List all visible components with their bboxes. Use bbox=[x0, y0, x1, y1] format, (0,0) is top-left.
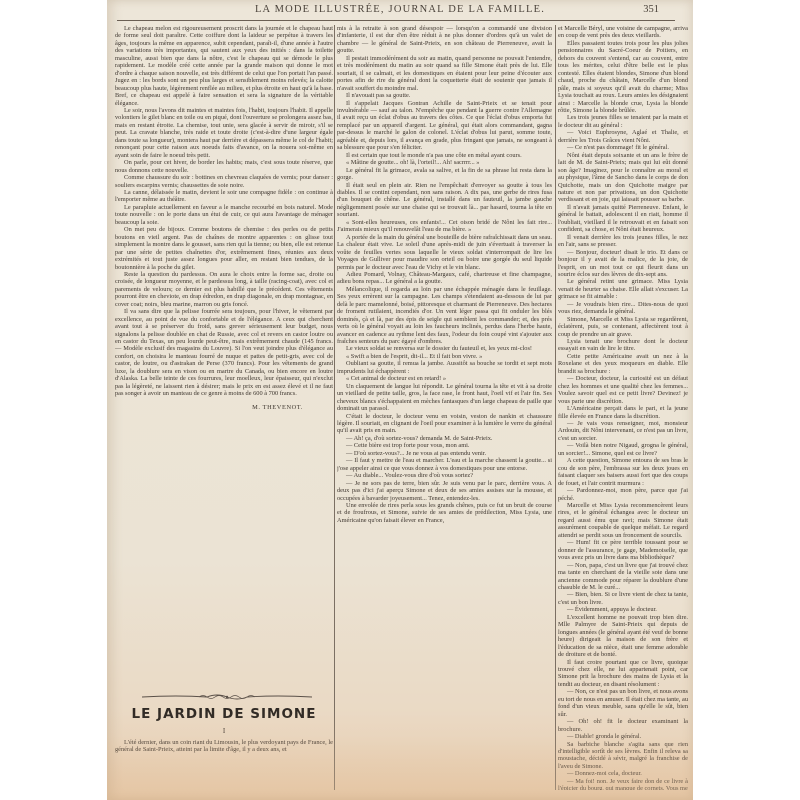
paragraph: — Diable! gronda le général. bbox=[558, 733, 688, 740]
paragraph: — Bonjour, docteur! disait le trio. Et d… bbox=[558, 249, 688, 279]
running-title: LA MODE ILLUSTRÉE, JOURNAL DE LA FAMILLE… bbox=[107, 4, 693, 15]
paragraph: A cette question, Simone entoura de ses … bbox=[558, 457, 688, 487]
paragraph: Il n'avouait pas sa goutte. bbox=[337, 92, 552, 99]
paragraph: — Bien, bien. Si ce livre vient de chez … bbox=[558, 591, 688, 606]
paragraph: mis à la retraite à son grand désespoir … bbox=[337, 25, 552, 55]
paragraph: Le chapeau melon est rigoureusement pros… bbox=[115, 25, 333, 107]
column-fashion-article: Le chapeau melon est rigoureusement pros… bbox=[115, 25, 333, 705]
paragraph: Sa barbiche blanche s'agita sans que rie… bbox=[558, 741, 688, 771]
paragraph: C'était le docteur, le docteur venu en v… bbox=[337, 413, 552, 435]
paragraph: Il faut croire pourtant que ce livre, qu… bbox=[558, 659, 688, 689]
paragraph: — Ma foi! non. Je veux faire don de ce l… bbox=[558, 778, 688, 790]
paragraph: — Docteur, docteur, la curiosité est un … bbox=[558, 375, 688, 405]
paragraph: Nôni était depuis soixante et un ans le … bbox=[558, 152, 688, 204]
paragraph: « Mâtine de goutte... oh! là, l'orteil!.… bbox=[337, 159, 552, 166]
paragraph: Adieu Pomard, Volnay, Château-Margaux, c… bbox=[337, 271, 552, 286]
paragraph: — Non, papa, c'est un livre que j'ai tro… bbox=[558, 562, 688, 592]
paragraph: « Sont-elles heureuses, ces enfants!... … bbox=[337, 219, 552, 234]
paragraph: — Évidemment, appuya le docteur. bbox=[558, 606, 688, 613]
story-opening: L'été dernier, dans un coin riant du Lim… bbox=[115, 739, 333, 769]
paragraph: — Non, ce n'est pas un bon livre, et nou… bbox=[558, 688, 688, 718]
page-number: 351 bbox=[643, 4, 659, 15]
paragraph: — Il faut y mettre de l'eau et marcher. … bbox=[337, 457, 552, 472]
paragraph: Simone, Marcelle et Miss Lysia se regard… bbox=[558, 316, 688, 338]
paragraph: — Hum! fit ce père terrible toussant pou… bbox=[558, 539, 688, 561]
paragraph: Le général fit la grimace, avala sa sali… bbox=[337, 167, 552, 182]
paragraph: Un claquement de langue lui répondit. Le… bbox=[337, 383, 552, 413]
paragraph: Il pestait immodérément du soir au matin… bbox=[337, 55, 552, 92]
paragraph: L'Américaine perçait dans le pari, et la… bbox=[558, 405, 688, 420]
paragraph: — Je ne sors pas de terre, bien sûr. Je … bbox=[337, 480, 552, 502]
paragraph: Le vieux soldat se renversa sur le dossi… bbox=[337, 345, 552, 352]
chapter-number: I bbox=[115, 727, 333, 735]
paragraph: Le parapluie actuellement en faveur a le… bbox=[115, 204, 333, 226]
paragraph: — Voilà bien notre Nigaud, grogna le gén… bbox=[558, 442, 688, 457]
paragraph: Il venait derrière les trois jeunes fill… bbox=[558, 234, 688, 249]
column-divider bbox=[555, 25, 556, 790]
header-rule bbox=[117, 20, 675, 21]
paragraph: Marcelle et Miss Lysia recommencèrent le… bbox=[558, 502, 688, 539]
paragraph: Il s'appelait Jacques Gontran Achille de… bbox=[337, 100, 552, 152]
paragraph: — Ce n'est pas dommage! fit le général. bbox=[558, 144, 688, 151]
decorative-ornament-icon bbox=[137, 692, 317, 702]
paragraph: — D'où sortez-vous?... Je ne vous ai pas… bbox=[337, 450, 552, 457]
paragraph: Le général retint une grimace. Miss Lysi… bbox=[558, 278, 688, 300]
paragraph: « Swift a bien de l'esprit, dit-il... Et… bbox=[337, 353, 552, 360]
paragraph: Les trois jeunes filles se tenaient par … bbox=[558, 114, 688, 129]
paragraph: — Au diable... Voulez-vous dire d'où vou… bbox=[337, 472, 552, 479]
paragraph: et Marcelle Béryl, une voisine de campag… bbox=[558, 25, 688, 40]
paragraph: L'été dernier, dans un coin riant du Lim… bbox=[115, 739, 333, 754]
paragraph: — Voici Euphrosyne, Aglaé et Thalie, et … bbox=[558, 129, 688, 144]
paragraph: Il était seul en plein air. Rien ne l'em… bbox=[337, 182, 552, 219]
paragraph: On parle, pour cet hiver, de border les … bbox=[115, 159, 333, 174]
paragraph: Cette petite Américaine avait un nez à l… bbox=[558, 353, 688, 375]
column-divider bbox=[334, 25, 335, 790]
column-story-continued: mis à la retraite à son grand désespoir … bbox=[337, 25, 552, 790]
paragraph: Comme chaussure du soir : bottines en ch… bbox=[115, 174, 333, 189]
newspaper-page: LA MODE ILLUSTRÉE, JOURNAL DE LA FAMILLE… bbox=[107, 0, 693, 800]
story-title: LE JARDIN DE SIMONE bbox=[115, 706, 333, 722]
paragraph: — Je voudrais bien rire... Dites-nous de… bbox=[558, 301, 688, 316]
paragraph: Une envolée de rires perla sous les gran… bbox=[337, 502, 552, 524]
column-story-continued: et Marcelle Béryl, une voisine de campag… bbox=[558, 25, 688, 790]
paragraph: « Cet animal de docteur est en retard! » bbox=[337, 375, 552, 382]
paragraph: — Pardonnez-moi, mon père, parce que j'a… bbox=[558, 487, 688, 502]
paragraph: Il n'avait jamais quitté Pierreneuve. En… bbox=[558, 204, 688, 234]
paragraph: — Cette bière est trop forte pour vous, … bbox=[337, 442, 552, 449]
paragraph: — Je vais vous renseigner, moi, monsieur… bbox=[558, 420, 688, 442]
paragraph: Mélancolique, il regarda au loin par une… bbox=[337, 286, 552, 346]
paragraph: Reste la question du pardessus. On aura … bbox=[115, 271, 333, 308]
paragraph: — Donnez-moi cela, docteur. bbox=[558, 770, 688, 777]
running-head: LA MODE ILLUSTRÉE, JOURNAL DE LA FAMILLE… bbox=[107, 4, 693, 18]
paragraph: Lysia tenait une brochure dont le docteu… bbox=[558, 338, 688, 353]
paragraph: On met peu de bijoux. Comme boutons de c… bbox=[115, 226, 333, 271]
paragraph: A portée de la main du général une boute… bbox=[337, 234, 552, 271]
paragraph: Le soir, nous l'avons dit maintes et mai… bbox=[115, 107, 333, 159]
paragraph: L'excellent homme ne pouvait trop bien d… bbox=[558, 614, 688, 659]
paragraph: Il est certain que tout le monde n'a pas… bbox=[337, 152, 552, 159]
paragraph: — Ah! ça, d'où sortez-vous? demanda M. d… bbox=[337, 435, 552, 442]
paragraph: Oubliant sa goutte, il remua la jambe. A… bbox=[337, 360, 552, 375]
author-signature: M. THEVENOT. bbox=[115, 404, 333, 411]
paragraph: Elles passaient toutes trois pour les pl… bbox=[558, 40, 688, 115]
paragraph: — Oh! oh! fit le docteur examinant la br… bbox=[558, 718, 688, 733]
paragraph: Il va sans dire que la pelisse fourrée s… bbox=[115, 308, 333, 397]
paragraph: La canne, délaissée le matin, devient le… bbox=[115, 189, 333, 204]
